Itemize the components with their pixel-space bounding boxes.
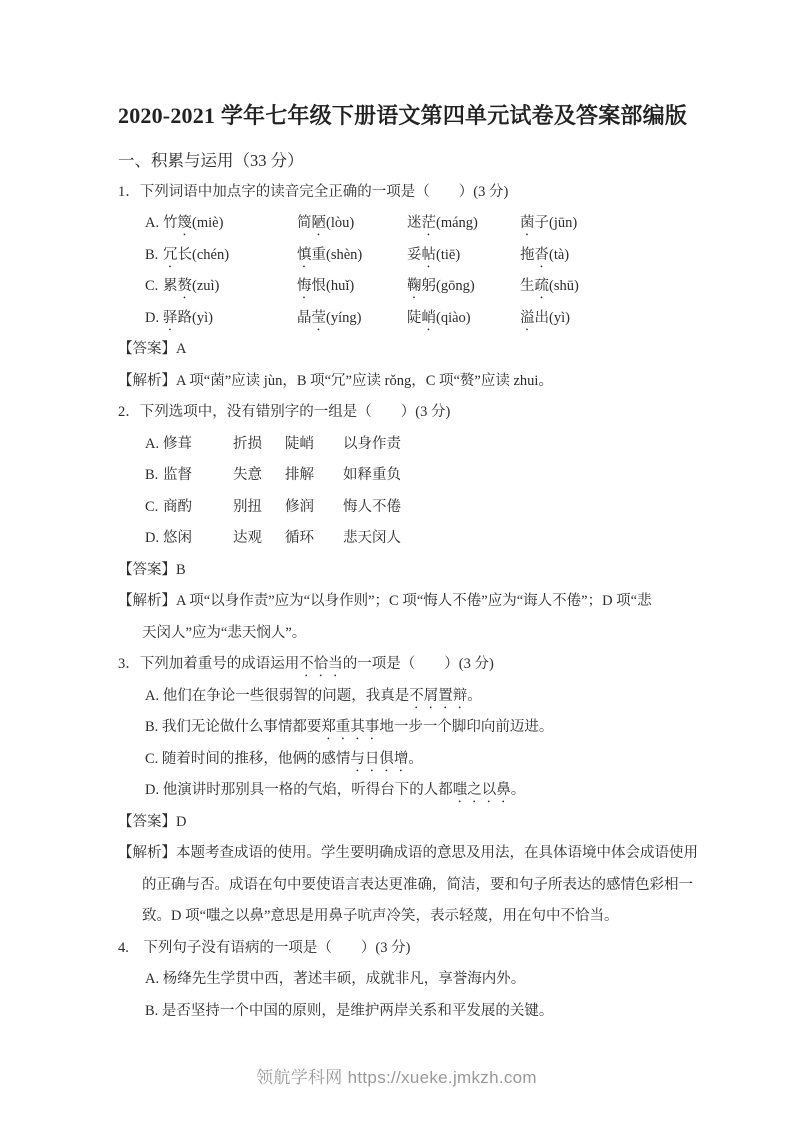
exam-sheet: 2020-2021 学年七年级下册语文第四单元试卷及答案部编版 一、积累与运用（… [118, 100, 728, 1027]
text: (tiē) [436, 247, 460, 263]
text: C. 随着时间的推移，他俩的感情 [145, 751, 350, 767]
dotted-char: 慎 [297, 247, 312, 263]
dotted-phrase: 郑重其事 [321, 719, 379, 735]
option-label: A. [145, 429, 163, 461]
word-cell: 鞠躬(gōng) [407, 271, 520, 303]
question-2-analysis-line-1: 【解析】A 项“以身作责”应为“以身作则”；C 项“悔人不倦”应为“诲人不倦”；… [118, 586, 728, 618]
dotted-phrase: 不恰当 [299, 656, 343, 672]
word-cell: 慎重(shèn) [297, 240, 407, 272]
dotted-char: 沓 [535, 247, 550, 263]
question-3-analysis-line-1: 【解析】本题考查成语的使用。学生要明确成语的意思及用法，在具体语境中体会成语使用 [118, 838, 728, 870]
question-3-answer: 【答案】D [118, 807, 728, 839]
word-cell: 悲天闵人 [343, 523, 401, 555]
question-3-analysis-line-2: 的正确与否。成语在句中要使语言表达更准确，简洁，要和句子所表达的感情色彩相一 [118, 870, 728, 902]
word-cell: 别扭 [233, 492, 285, 524]
word-cell: 迷茫(máng) [407, 208, 520, 240]
question-2-option-d: D.悠闲达观循环悲天闵人 [118, 523, 728, 555]
question-4-option-a: A. 杨绛先生学贯中西，著述丰硕，成就非凡，享誉海内外。 [118, 964, 728, 996]
option-label: A. [145, 208, 163, 240]
question-2-stem: 2．下列选项中，没有错别字的一组是（ ）(3 分) [118, 397, 728, 429]
dotted-char: 冗 [163, 247, 178, 263]
word-cell: 累赘(zuì) [163, 271, 297, 303]
text: 恨(huǐ) [312, 278, 355, 294]
text: 子(jūn) [535, 215, 578, 231]
dotted-char: 溢 [520, 310, 535, 326]
word-cell: 悔人不倦 [343, 492, 401, 524]
text: 的一项是（ ）(3 分) [343, 656, 494, 672]
dotted-char: 陋 [312, 215, 327, 231]
word-cell: 排解 [285, 460, 343, 492]
text: 出(yì) [535, 310, 570, 326]
word-cell: 折损 [233, 429, 285, 461]
text: D. 他演讲时那别具一格的气焰，听得台下的人都 [145, 782, 453, 798]
question-3-option-d: D. 他演讲时那别具一格的气焰，听得台下的人都嗤之以鼻。 [118, 775, 728, 807]
text: 晶 [297, 310, 312, 326]
question-2-analysis-line-2: 天闵人”应为“悲天悯人”。 [118, 618, 728, 650]
question-4-option-b: B. 是否坚持一个中国的原则，是维护两岸关系和平发展的关键。 [118, 996, 728, 1028]
dotted-char: 疏 [535, 278, 550, 294]
question-1-answer: 【答案】A [118, 334, 728, 366]
text: A. 他们在争论一些很弱智的问题，我真是 [145, 688, 409, 704]
word-cell: 达观 [233, 523, 285, 555]
option-label: D. [145, 303, 163, 335]
page-title: 2020-2021 学年七年级下册语文第四单元试卷及答案部编版 [118, 100, 728, 132]
dotted-char: 菌 [520, 215, 535, 231]
word-cell: 失意 [233, 460, 285, 492]
question-2-option-b: B.监督失意排解如释重负 [118, 460, 728, 492]
word-cell: 驿路(yì) [163, 303, 297, 335]
text: (lòu) [326, 215, 354, 231]
question-2-option-a: A.修葺折损陡峭以身作责 [118, 429, 728, 461]
text: 竹 [163, 215, 178, 231]
option-label: C. [145, 492, 163, 524]
text: (qiào) [436, 310, 471, 326]
text: (shū) [549, 278, 579, 294]
dotted-char: 莹 [312, 310, 327, 326]
text: 迷 [407, 215, 422, 231]
text: 。 [467, 688, 482, 704]
watermark-text: 领航学科网 https://xueke.jmkzh.com [256, 1068, 537, 1087]
word-cell: 菌子(jūn) [520, 208, 577, 240]
question-3-stem: 3．下列加着重号的成语运用不恰当的一项是（ ）(3 分) [118, 649, 728, 681]
option-label: C. [145, 271, 163, 303]
text: (máng) [436, 215, 478, 231]
dotted-phrase: 嗤之以鼻 [453, 782, 511, 798]
document-page: 2020-2021 学年七年级下册语文第四单元试卷及答案部编版 一、积累与运用（… [0, 0, 793, 1122]
question-1-option-b: B.冗长(chén)慎重(shèn)妥帖(tiē)拖沓(tà) [118, 240, 728, 272]
word-cell: 商酌 [163, 492, 233, 524]
word-cell: 修润 [285, 492, 343, 524]
text: B. 我们无论做什么事情都要 [145, 719, 321, 735]
question-1-stem: 1．下列词语中加点字的读音完全正确的一项是（ ）(3 分) [118, 177, 728, 209]
text: 陡 [407, 310, 422, 326]
section-heading: 一、积累与运用（33 分） [118, 145, 728, 177]
question-1-option-c: C.累赘(zuì)悔恨(huǐ)鞠躬(gōng)生疏(shū) [118, 271, 728, 303]
question-2-option-c: C.商酌别扭修润悔人不倦 [118, 492, 728, 524]
word-cell: 悠闲 [163, 523, 233, 555]
dotted-char: 赘 [178, 278, 193, 294]
word-cell: 竹篾(miè) [163, 208, 297, 240]
dotted-phrase: 与日俱增 [350, 751, 408, 767]
text: 累 [163, 278, 178, 294]
dotted-char: 帖 [422, 247, 437, 263]
question-1-option-a: A.竹篾(miè)简陋(lòu)迷茫(máng)菌子(jūn) [118, 208, 728, 240]
text: 拖 [520, 247, 535, 263]
word-cell: 晶莹(yíng) [297, 303, 407, 335]
word-cell: 陡峭(qiào) [407, 303, 520, 335]
question-1-analysis: 【解析】A 项“菌”应读 jùn，B 项“冗”应读 rǒng，C 项“赘”应读 … [118, 366, 728, 398]
text: 妥 [407, 247, 422, 263]
text: 重(shèn) [312, 247, 363, 263]
option-label: B. [145, 240, 163, 272]
option-label: B. [145, 460, 163, 492]
question-4-stem: 4. 下列句子没有语病的一项是（ ）(3 分) [118, 933, 728, 965]
word-cell: 溢出(yì) [520, 303, 570, 335]
word-cell: 陡峭 [285, 429, 343, 461]
word-cell: 如释重负 [343, 460, 401, 492]
word-cell: 悔恨(huǐ) [297, 271, 407, 303]
text: 路(yì) [178, 310, 213, 326]
text: (tà) [549, 247, 569, 263]
text: 简 [297, 215, 312, 231]
dotted-phrase: 不屑置辩 [409, 688, 467, 704]
text: 躬(gōng) [422, 278, 475, 294]
word-cell: 监督 [163, 460, 233, 492]
word-cell: 循环 [285, 523, 343, 555]
text: 3．下列加着重号的成语运用 [118, 656, 299, 672]
word-cell: 简陋(lòu) [297, 208, 407, 240]
text: (zuì) [192, 278, 219, 294]
word-cell: 生疏(shū) [520, 271, 579, 303]
dotted-char: 茫 [422, 215, 437, 231]
dotted-char: 篾 [178, 215, 193, 231]
word-cell: 以身作责 [343, 429, 401, 461]
text: 长(chén) [178, 247, 230, 263]
question-3-option-b: B. 我们无论做什么事情都要郑重其事地一步一个脚印向前迈进。 [118, 712, 728, 744]
text: (yíng) [326, 310, 361, 326]
question-2-answer: 【答案】B [118, 555, 728, 587]
word-cell: 拖沓(tà) [520, 240, 569, 272]
text: 生 [520, 278, 535, 294]
text: 地一步一个脚印向前迈进。 [379, 719, 553, 735]
watermark-footer: 领航学科网 https://xueke.jmkzh.com [0, 1066, 793, 1090]
text: 。 [511, 782, 526, 798]
dotted-char: 峭 [422, 310, 437, 326]
text: 。 [408, 751, 423, 767]
option-label: D. [145, 523, 163, 555]
question-1-option-d: D.驿路(yì)晶莹(yíng)陡峭(qiào)溢出(yì) [118, 303, 728, 335]
dotted-char: 悔 [297, 278, 312, 294]
word-cell: 修葺 [163, 429, 233, 461]
question-3-analysis-line-3: 致。D 项“嗤之以鼻”意思是用鼻子吭声冷笑，表示轻蔑，用在句中不恰当。 [118, 901, 728, 933]
word-cell: 妥帖(tiē) [407, 240, 520, 272]
dotted-char: 鞠 [407, 278, 422, 294]
dotted-char: 驿 [163, 310, 178, 326]
text: (miè) [192, 215, 223, 231]
question-3-option-a: A. 他们在争论一些很弱智的问题，我真是不屑置辩。 [118, 681, 728, 713]
word-cell: 冗长(chén) [163, 240, 297, 272]
question-3-option-c: C. 随着时间的推移，他俩的感情与日俱增。 [118, 744, 728, 776]
